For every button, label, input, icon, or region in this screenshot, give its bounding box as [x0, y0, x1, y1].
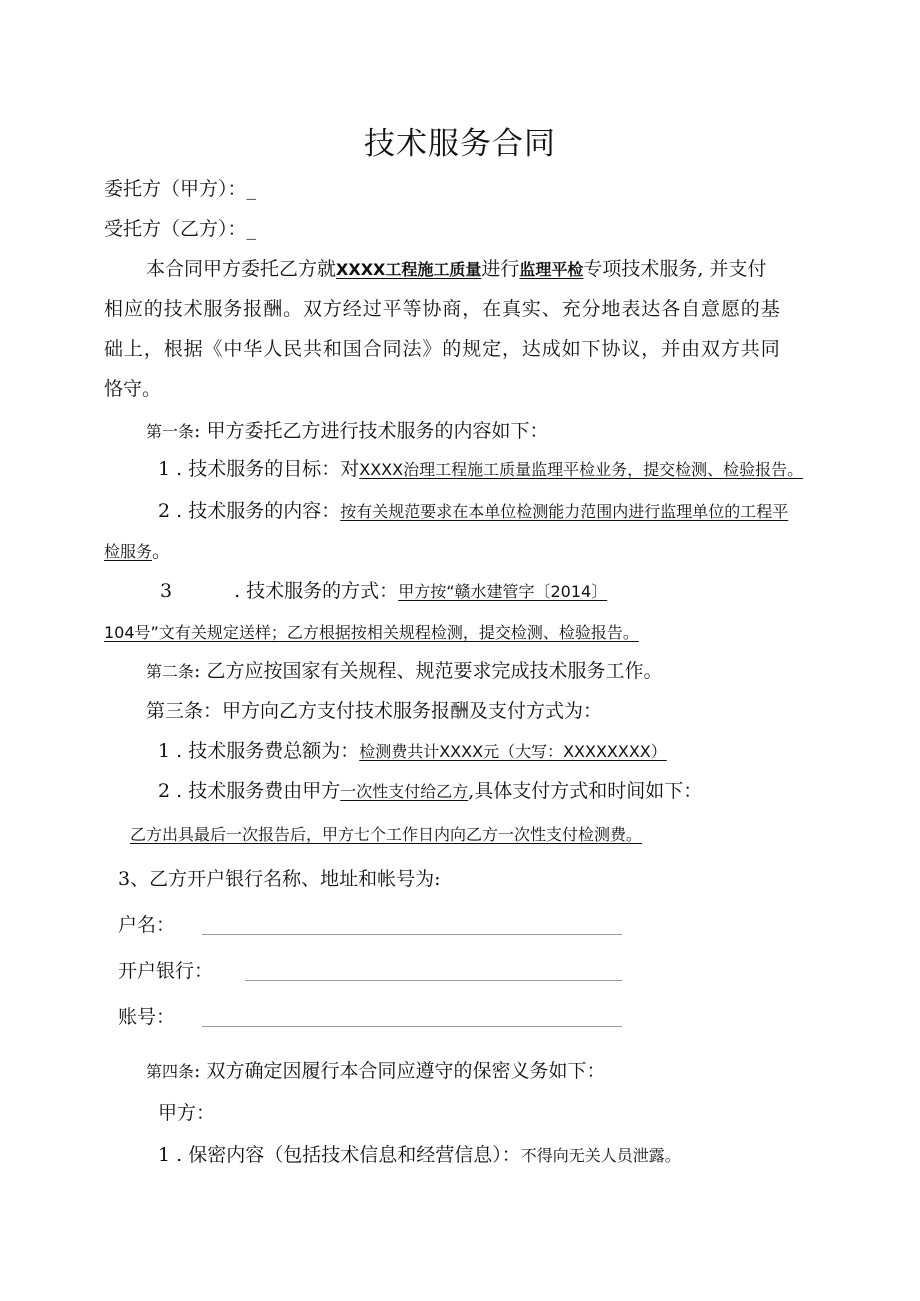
provider-party-line: 受托方（乙方）：_	[104, 216, 256, 242]
bank-field-account-name: 户名：	[118, 912, 175, 938]
article-text: : 甲方委托乙方进行技术服务的内容如下：	[194, 420, 548, 442]
article-3-heading: 第三条：甲方向乙方支付技术服务报酬及支付方式为：	[146, 698, 602, 724]
preamble-text: 专项技术服务, 并支付	[583, 258, 766, 280]
item-number: 3	[160, 580, 172, 602]
project-name: XXXX工程施工质量	[336, 260, 481, 279]
document-title: 技术服务合同	[0, 118, 920, 163]
item-label: 2 . 技术服务的内容：	[158, 500, 340, 522]
preamble-line-4: 恪守。	[104, 376, 161, 402]
service-method-value: 甲方按“赣水建管字〔2014〕	[398, 582, 617, 601]
item-text: 。	[152, 540, 171, 562]
article-1-heading: 第一条: 甲方委托乙方进行技术服务的内容如下：	[146, 418, 548, 445]
confidentiality-value: 不得向无关人员泄露。	[521, 1146, 681, 1165]
article-2-heading: 第二条: 乙方应按国家有关规程、规范要求完成技术服务工作。	[146, 658, 662, 685]
provider-party-value: _	[247, 218, 257, 240]
article-3-item-2: 2 . 技术服务费由甲方一次性支付给乙方,具体支付方式和时间如下：	[158, 778, 702, 805]
item-text: 对	[340, 458, 359, 480]
item-label: 2 . 技术服务费由甲方	[158, 780, 340, 802]
bank-field-account-number: 账号：	[118, 1004, 175, 1030]
payment-method-value: 一次性支付给乙方	[340, 782, 468, 801]
bank-name-blank[interactable]	[245, 962, 622, 981]
article-1-item-3-cont: 104号”文有关规定送样；乙方根据按相关规程检测，提交检测、检验报告。	[104, 620, 639, 646]
field-label: 账号：	[118, 1006, 175, 1028]
client-party-label: 委托方（甲方）：	[104, 178, 247, 200]
field-label: 开户银行：	[118, 960, 213, 982]
provider-party-label: 受托方（乙方）：	[104, 218, 247, 240]
article-number: 第二条	[146, 662, 194, 681]
service-content-value: 检服务	[104, 542, 152, 561]
preamble-line-1: 本合同甲方委托乙方就XXXX工程施工质量进行监理平检专项技术服务, 并支付	[146, 256, 767, 283]
item-label: 1 . 技术服务的目标：	[158, 458, 340, 480]
article-1-item-1: 1 . 技术服务的目标：对XXXX治理工程施工质量监理平检业务，提交检测、检验报…	[158, 456, 803, 483]
preamble-text: 进行	[481, 258, 519, 280]
article-text: : 双方确定因履行本合同应遵守的保密义务如下：	[194, 1060, 605, 1082]
preamble-line-3: 础上，根据《中华人民共和国合同法》的规定，达成如下协议，并由双方共同	[104, 336, 781, 362]
article-1-item-2-cont: 检服务。	[104, 538, 171, 565]
article-text: : 乙方应按国家有关规程、规范要求完成技术服务工作。	[194, 660, 662, 682]
article-3-item-1: 1 . 技术服务费总额为：检测费共计XXXX元（大写：XXXXXXXX）	[158, 738, 667, 765]
article-4-heading: 第四条: 双方确定因履行本合同应遵守的保密义务如下：	[146, 1058, 605, 1085]
service-content-value: 按有关规范要求在本单位检测能力范围内进行监理单位的工程平	[340, 502, 788, 521]
preamble-line-2: 相应的技术服务报酬。双方经过平等协商，在真实、充分地表达各自意愿的基	[104, 296, 781, 322]
account-name-blank[interactable]	[202, 916, 622, 935]
article-4-item-1: 1 . 保密内容（包括技术信息和经营信息）：不得向无关人员泄露。	[158, 1142, 681, 1169]
fee-total-value: 检测费共计XXXX元（大写：XXXXXXXX）	[359, 742, 667, 761]
article-3-item-3: 3、乙方开户银行名称、地址和帐号为:	[118, 866, 441, 892]
service-type: 监理平检	[519, 260, 583, 279]
field-label: 户名：	[118, 914, 175, 936]
article-number: 第一条	[146, 422, 194, 441]
service-goal-value: XXXX治理工程施工质量监理平检业务，提交检测、检验报告。	[359, 460, 803, 479]
item-text: ,具体支付方式和时间如下：	[468, 780, 702, 802]
article-number: 第四条	[146, 1062, 194, 1081]
item-label: 1 . 保密内容（包括技术信息和经营信息）：	[158, 1144, 521, 1166]
account-number-blank[interactable]	[202, 1008, 622, 1027]
preamble-text: 本合同甲方委托乙方就	[146, 258, 336, 280]
client-party-value: _	[247, 178, 257, 200]
service-method-value: 104号”文有关规定送样；乙方根据按相关规程检测，提交检测、检验报告。	[104, 623, 639, 642]
article-4-party: 甲方：	[158, 1100, 215, 1126]
item-label: 1 . 技术服务费总额为：	[158, 740, 359, 762]
item-label: . 技术服务的方式：	[234, 580, 398, 602]
article-1-item-2: 2 . 技术服务的内容：按有关规范要求在本单位检测能力范围内进行监理单位的工程平	[158, 498, 788, 525]
payment-detail-value: 乙方出具最后一次报告后，甲方七个工作日内向乙方一次性支付检测费。	[130, 825, 642, 844]
bank-field-bank-name: 开户银行：	[118, 958, 213, 984]
article-1-item-3: 3. 技术服务的方式：甲方按“赣水建管字〔2014〕	[160, 578, 617, 605]
article-3-payment-detail: 乙方出具最后一次报告后，甲方七个工作日内向乙方一次性支付检测费。	[130, 822, 642, 848]
client-party-line: 委托方（甲方）：_	[104, 176, 256, 202]
